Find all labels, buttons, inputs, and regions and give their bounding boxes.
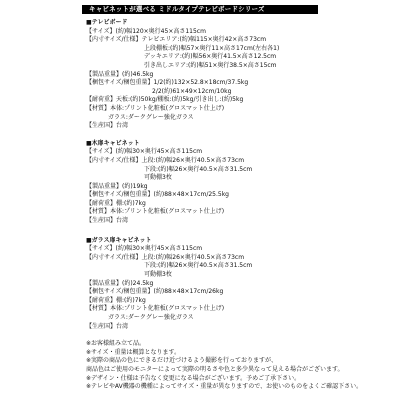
footer-notes: ※お客様組み立て品。 ※サイズ・重量は概算となります。 ※実際の商品の色にできる… [86, 340, 394, 392]
spec-line-package: 【梱包サイズ/梱包重量】(約)88×48×17cm/26kg [86, 288, 394, 297]
spec-line-size: 【サイズ】(約)幅120×奥行45×高さ115cm [86, 28, 394, 37]
spec-line-country: 【生産国】台湾 [86, 122, 394, 131]
spec-sheet-page: キャビネットが選べる ミドルタイプテレビボードシリーズ ■テレビボード 【サイズ… [0, 0, 400, 400]
spec-line-product-weight: 【製品重量】(約)24.5kg [86, 280, 394, 289]
spec-line-movable-shelf: 可動棚3枚 [86, 174, 394, 183]
note-line: ※お客様組み立て品。 [86, 340, 394, 349]
note-line: 商品色はご使用のモニターによって実際の明るさや色と多少異なって見える場合がござい… [86, 366, 394, 375]
spec-line-product-weight: 【製品重量】(約)46.5kg [86, 71, 394, 80]
section-tv-board: ■テレビボード 【サイズ】(約)幅120×奥行45×高さ115cm 【内寸サイズ… [86, 19, 394, 131]
spec-line-size: 【サイズ】(約)幅30×奥行45×高さ115cm [86, 148, 394, 157]
spec-line-lower-section: 下段:(約)幅26×奥行40.5×高さ31.5cm [86, 166, 394, 175]
note-line: ※実際の商品の色にできるだけ近づけるよう撮影を行っておりますが、 [86, 357, 394, 366]
spec-line-material: 【材質】本体:プリント化粧板(グロスマット仕上げ) [86, 105, 394, 114]
spec-line-deck-area: デッキエリア:(約)幅56×奥行41.5×高さ12.5cm [86, 53, 394, 62]
spec-line-material-glass: ガラス:ダークグレー強化ガラス [86, 314, 394, 323]
spec-line-size: 【サイズ】(約)幅30×奥行45×高さ115cm [86, 245, 394, 254]
section-glass-cabinet: ■ガラス扉キャビネット 【サイズ】(約)幅30×奥行45×高さ115cm 【内寸… [86, 237, 394, 332]
spec-line-inner-size: 【内寸サイズ/仕様】テレビエリア:(約)幅115×奥行42×高さ73cm [86, 36, 394, 45]
section-heading: ■テレビボード [86, 19, 394, 28]
spec-line-drawer-area: 引き出しエリア:(約)幅51×奥行38.5×高さ15cm [86, 62, 394, 71]
section-heading: ■ガラス扉キャビネット [86, 237, 394, 246]
spec-line-material: 【材質】本体:プリント化粧板(グロスマット仕上げ) [86, 208, 394, 217]
spec-line-country: 【生産国】台湾 [86, 217, 394, 226]
spec-line-movable-shelf: 可動棚3枚 [86, 271, 394, 280]
spec-content: ■テレビボード 【サイズ】(約)幅120×奥行45×高さ115cm 【内寸サイズ… [86, 19, 394, 392]
spec-line-country: 【生産国】台湾 [86, 323, 394, 332]
note-line: ※デザイン・仕様は予告なく変更になる場合がございます。予めご了承下さい。 [86, 375, 394, 384]
spec-line-package: 【梱包サイズ/梱包重量】(約)88×48×17cm/25.5kg [86, 191, 394, 200]
note-line: ※テレビやAV機器の機種によってサイズ・重量が異なりますので、お使いのものをよく… [86, 383, 394, 392]
spec-line-inner-size: 【内寸サイズ/仕様】上段:(約)幅26×奥行40.5×高さ73cm [86, 157, 394, 166]
spec-line-product-weight: 【製品重量】(約)19kg [86, 183, 394, 192]
spec-line-material: 【材質】本体:プリント化粧板(グロスマット仕上げ) [86, 305, 394, 314]
section-wood-cabinet: ■木扉キャビネット 【サイズ】(約)幅30×奥行45×高さ115cm 【内寸サイ… [86, 140, 394, 226]
series-title-banner: キャビネットが選べる ミドルタイプテレビボードシリーズ [82, 5, 318, 14]
spec-line-load-capacity: 【耐荷重】天板:(約)50kg/棚板:(約)5kg/引き出し:(約)5kg [86, 96, 394, 105]
spec-line-material-glass: ガラス:ダークグレー強化ガラス [86, 114, 394, 123]
spec-line-package-1: 【梱包サイズ/梱包重量】1/2(約)132×52.8×18cm/37.5kg [86, 79, 394, 88]
spec-line-lower-section: 下段:(約)幅26×奥行40.5×高さ31.5cm [86, 262, 394, 271]
